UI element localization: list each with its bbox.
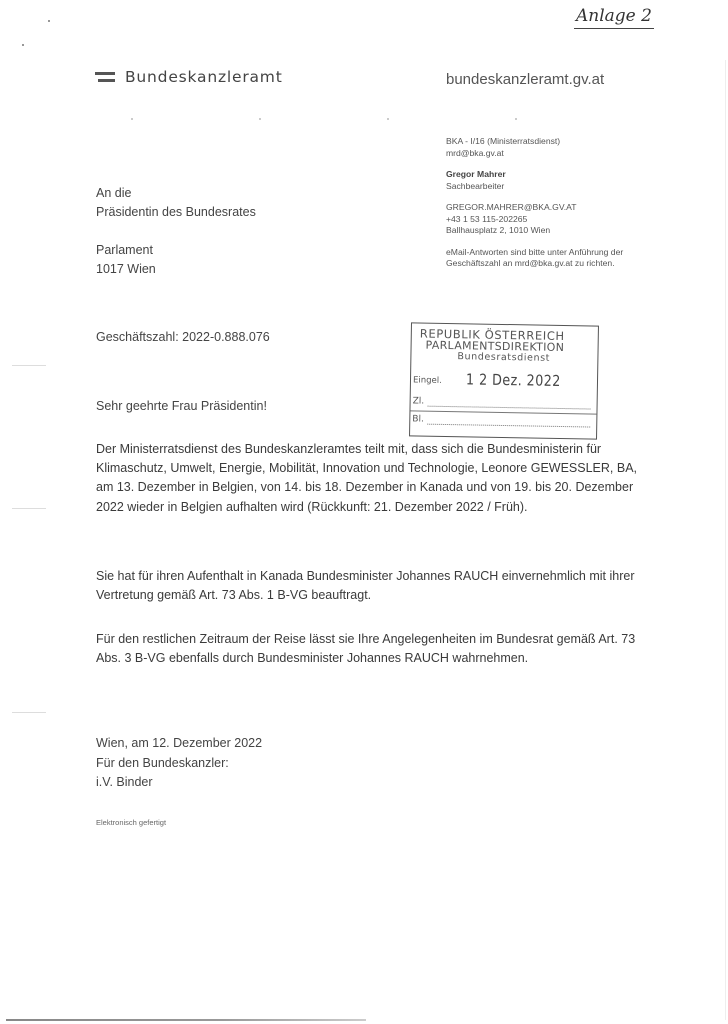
austrian-government-stripes-icon [95,71,115,83]
fold-mark [12,508,46,509]
scan-speck [22,44,24,46]
closing-block: Wien, am 12. Dezember 2022 Für den Bunde… [96,734,262,793]
sender-department-email: mrd@bka.gv.at [446,148,623,160]
sender-name: Gregor Mahrer [446,169,623,181]
sender-block: BKA - I/16 (Ministerratsdienst) mrd@bka.… [446,136,623,270]
stamp-bl-label: Bl. [412,414,424,424]
scan-speck [131,118,133,120]
reply-note-line: Geschäftszahl an mrd@bka.gv.at zu richte… [446,258,623,270]
stamp-received-date: 1 2 Dez. 2022 [466,370,561,390]
recipient-line: Parlament [96,241,256,260]
salutation: Sehr geehrte Frau Präsidentin! [96,399,267,413]
sender-address: Ballhausplatz 2, 1010 Wien [446,225,623,237]
annotation-text: Anlage 2 [576,6,652,26]
reference-number: Geschäftszahl: 2022-0.888.076 [96,330,270,344]
recipient-line: Präsidentin des Bundesrates [96,203,256,222]
stamp-received-label: Eingel. [413,375,442,386]
letterhead-logo: Bundeskanzleramt [95,68,283,86]
recipient-line: 1017 Wien [96,260,256,279]
fold-mark [12,712,46,713]
reply-note-line: eMail-Antworten sind bitte unter Anführu… [446,247,623,259]
page-edge [725,60,726,1020]
handwritten-annotation: Anlage 2 [576,6,652,26]
stamp-line: Bundesratsdienst [457,351,550,364]
scan-speck [515,118,517,120]
sender-role: Sachbearbeiter [446,181,623,193]
page-edge [6,1019,366,1021]
stamp-zl-label: Zl. [413,396,425,406]
scan-speck [387,118,389,120]
recipient-address: An die Präsidentin des Bundesrates Parla… [96,184,256,279]
place-date: Wien, am 12. Dezember 2022 [96,734,262,754]
scan-speck [259,118,261,120]
sender-phone: +43 1 53 115-202265 [446,214,623,226]
annotation-underline [574,28,654,29]
stamp-bl-row: Bl. [412,414,590,427]
recipient-line: An die [96,184,256,203]
sender-email: GREGOR.MAHRER@BKA.GV.AT [446,202,623,214]
received-stamp: REPUBLIK ÖSTERREICH PARLAMENTSDIREKTION … [409,322,599,439]
website-url: bundeskanzleramt.gv.at [446,71,604,88]
stamp-zl-row: Zl. [413,396,591,409]
signatory: i.V. Binder [96,773,262,793]
organization-name: Bundeskanzleramt [125,68,283,86]
fold-mark [12,365,46,366]
body-paragraph: Für den restlichen Zeitraum der Reise lä… [96,630,656,668]
scan-speck [48,20,50,22]
signature-note: Elektronisch gefertigt [96,818,166,827]
body-paragraph: Der Ministerratsdienst des Bundeskanzler… [96,440,656,517]
body-paragraph: Sie hat für ihren Aufenthalt in Kanada B… [96,567,656,605]
sender-department: BKA - I/16 (Ministerratsdienst) [446,136,623,148]
on-behalf-line: Für den Bundeskanzler: [96,754,262,774]
